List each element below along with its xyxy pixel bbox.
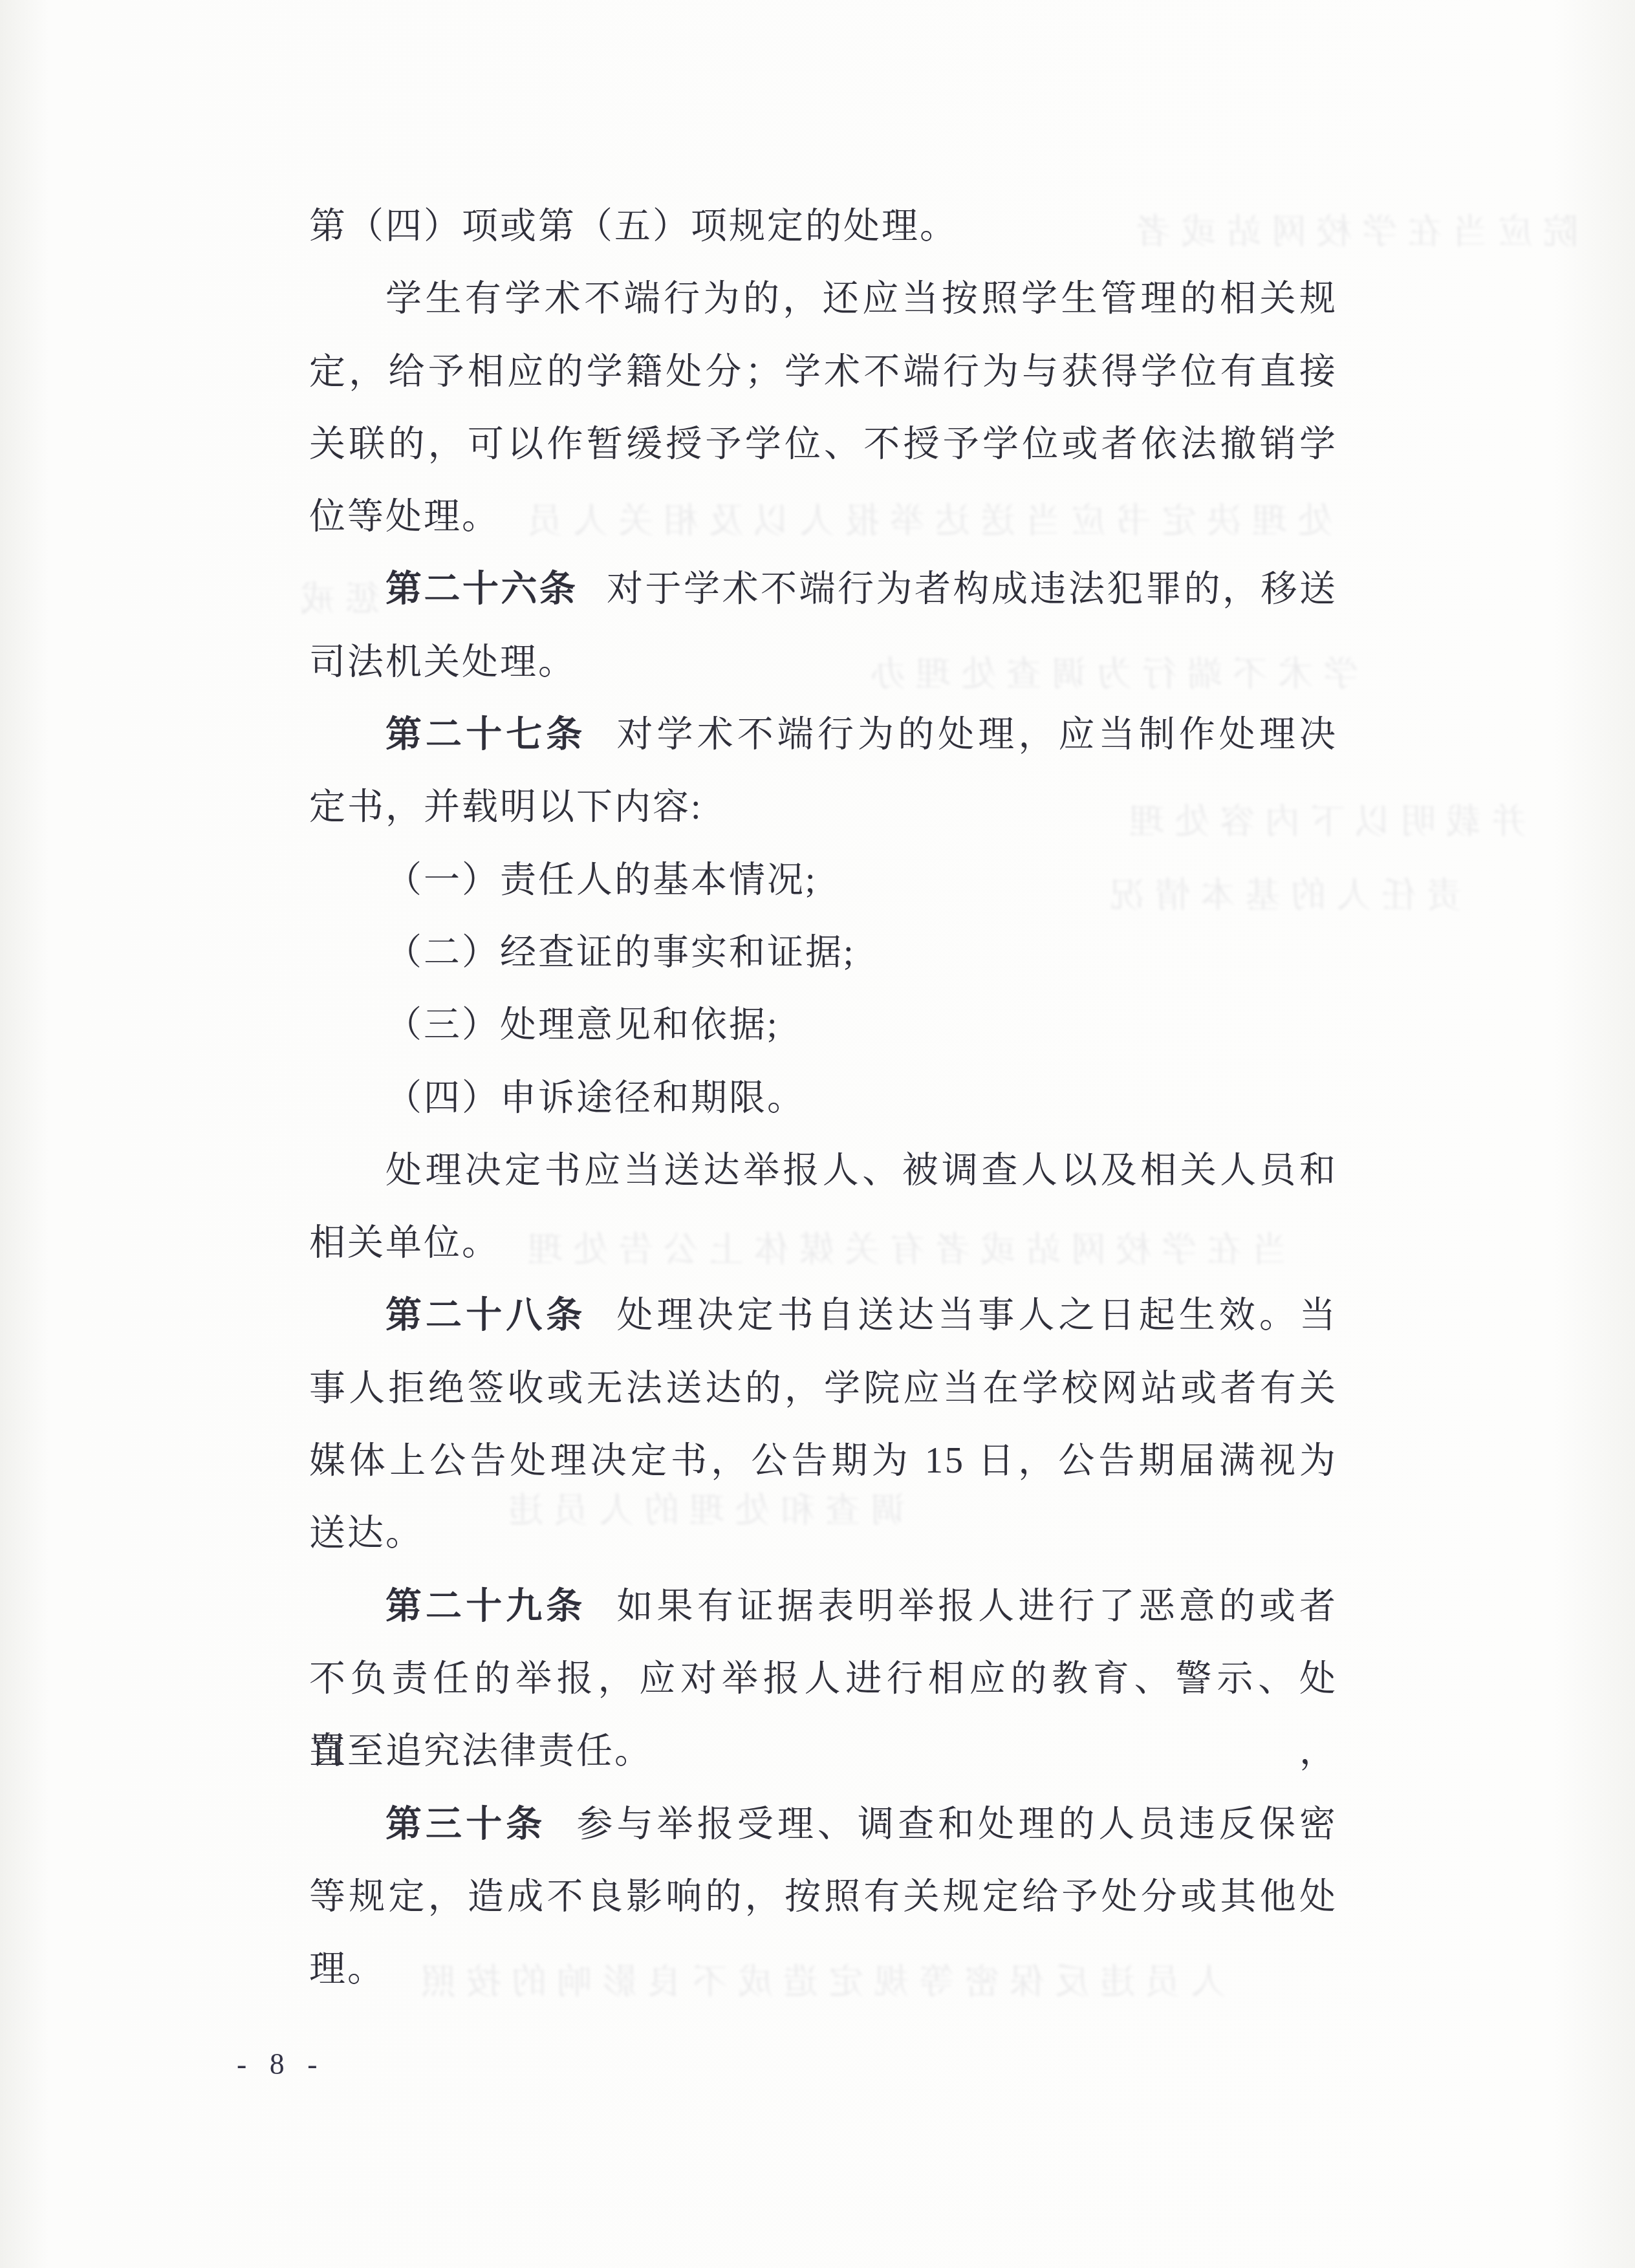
body-text: 参与举报受理、调查和处理的人员违反保密	[574, 1804, 1337, 1844]
text-line: 定书，并载明以下内容:	[309, 771, 1337, 843]
body-text: （四）申诉途径和期限。	[385, 1078, 805, 1118]
text-line: 学生有学术不端行为的，还应当按照学生管理的相关规	[309, 263, 1337, 335]
text-line: 第三十条参与举报受理、调查和处理的人员违反保密	[309, 1788, 1337, 1861]
text-line: （二）经查证的事实和证据;	[309, 916, 1337, 989]
body-text: 处理决定书应当送达举报人、被调查人以及相关人员和	[385, 1150, 1337, 1191]
text-line: 第二十九条如果有证据表明举报人进行了恶意的或者	[309, 1570, 1337, 1643]
body-text: 学生有学术不端行为的，还应当按照学生管理的相关规	[385, 279, 1337, 319]
text-line: 相关单位。	[309, 1207, 1337, 1279]
text-line: 第二十六条对于学术不端行为者构成违法犯罪的，移送	[309, 553, 1337, 625]
text-line: （一）责任人的基本情况;	[309, 844, 1337, 916]
text-line: 理。	[309, 1933, 1337, 2005]
article-number: 第三十条	[385, 1804, 546, 1844]
body-text: 关联的，可以作暂缓授予学位、不授予学位或者依法撤销学	[309, 424, 1337, 464]
article-number: 第二十七条	[385, 715, 586, 755]
body-text: 第（四）项或第（五）项规定的处理。	[309, 206, 958, 246]
body-text: 定书，并载明以下内容:	[309, 787, 703, 827]
text-line: 不负责任的举报，应对举报人进行相应的教育、警示、处罚，	[309, 1643, 1337, 1715]
body-text: 对于学术不端行为者构成违法犯罪的，移送	[607, 569, 1338, 609]
body-text: 相关单位。	[309, 1223, 500, 1263]
text-line: 媒体上公告处理决定书，公告期为 15 日，公告期届满视为	[309, 1425, 1337, 1497]
document-text-block: 第（四）项或第（五）项规定的处理。学生有学术不端行为的，还应当按照学生管理的相关…	[309, 190, 1337, 2005]
page-number: - 8 -	[237, 2047, 325, 2081]
body-text: （三）处理意见和依据;	[385, 1005, 779, 1045]
text-line: 等规定，造成不良影响的，按照有关规定给予处分或其他处	[309, 1861, 1337, 1933]
text-line: 送达。	[309, 1497, 1337, 1570]
body-text: 对学术不端行为的处理，应当制作处理决	[614, 715, 1337, 755]
body-text: （二）经查证的事实和证据;	[385, 933, 856, 973]
text-line: 第（四）项或第（五）项规定的处理。	[309, 190, 1337, 263]
body-text: 媒体上公告处理决定书，公告期为 15 日，公告期届满视为	[309, 1441, 1337, 1481]
body-text: 位等处理。	[309, 497, 500, 537]
text-line: （四）申诉途径和期限。	[309, 1062, 1337, 1134]
body-text: 处理决定书自送达当事人之日起生效。当	[614, 1295, 1337, 1335]
body-text: 直至追究法律责任。	[309, 1731, 653, 1771]
text-line: 定，给予相应的学籍处分；学术不端行为与获得学位有直接	[309, 336, 1337, 408]
body-text: 如果有证据表明举报人进行了恶意的或者	[614, 1586, 1337, 1626]
article-number: 第二十八条	[385, 1295, 586, 1335]
body-text: 定，给予相应的学籍处分；学术不端行为与获得学位有直接	[309, 352, 1337, 392]
text-line: （三）处理意见和依据;	[309, 989, 1337, 1061]
text-line: 第二十七条对学术不端行为的处理，应当制作处理决	[309, 698, 1337, 771]
body-text: 理。	[309, 1949, 385, 1989]
body-text: 司法机关处理。	[309, 642, 576, 682]
body-text: 送达。	[309, 1513, 424, 1553]
body-text: 等规定，造成不良影响的，按照有关规定给予处分或其他处	[309, 1877, 1337, 1917]
text-line: 关联的，可以作暂缓授予学位、不授予学位或者依法撤销学	[309, 408, 1337, 481]
text-line: 司法机关处理。	[309, 626, 1337, 698]
text-line: 第二十八条处理决定书自送达当事人之日起生效。当	[309, 1279, 1337, 1352]
text-line: 事人拒绝签收或无法送达的，学院应当在学校网站或者有关	[309, 1352, 1337, 1425]
article-number: 第二十九条	[385, 1586, 586, 1626]
body-text: 事人拒绝签收或无法送达的，学院应当在学校网站或者有关	[309, 1368, 1337, 1409]
article-number: 第二十六条	[385, 569, 578, 609]
text-line: 处理决定书应当送达举报人、被调查人以及相关人员和	[309, 1134, 1337, 1207]
text-line: 位等处理。	[309, 481, 1337, 553]
body-text: （一）责任人的基本情况;	[385, 860, 817, 900]
